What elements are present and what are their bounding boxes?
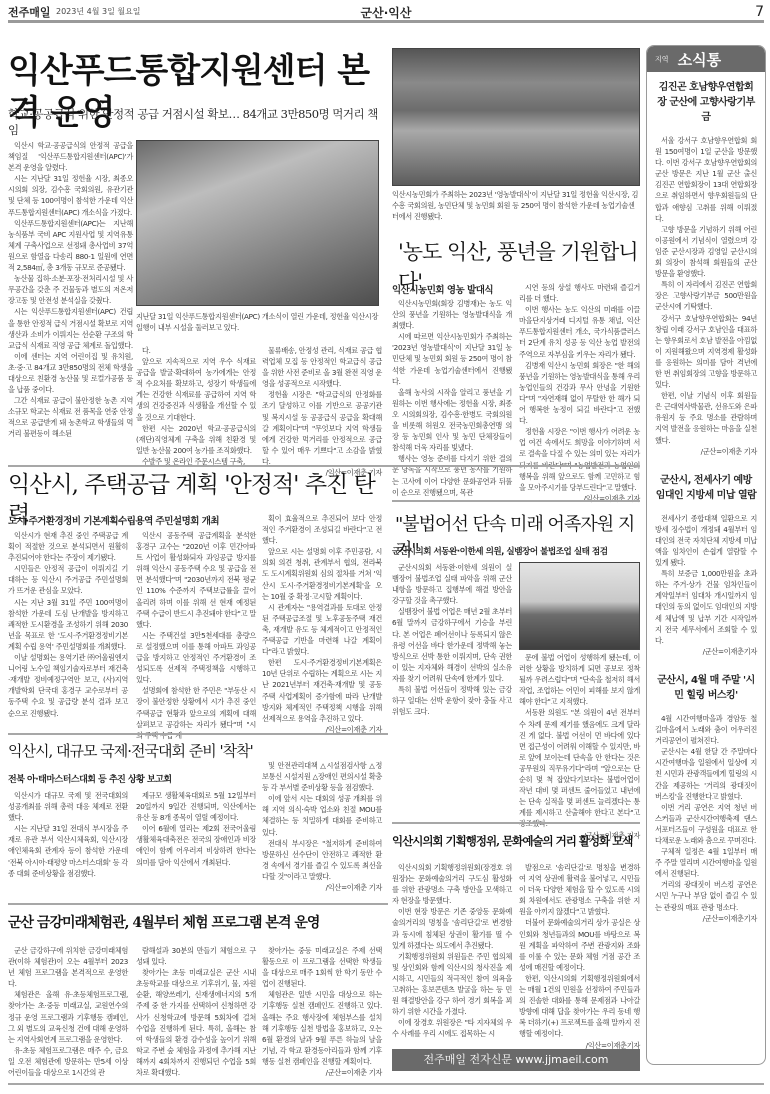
article2-col2: 시연 등의 상설 행사도 마련돼 즐길거리를 더 했다. 이번 행사는 농도 익…: [519, 282, 640, 504]
sidebar-item: 김진곤 호남향우연합회장 군산에 고향사랑기부금 서울 강서구 호남향우연합회 …: [647, 80, 765, 457]
sidebar-item: 군산시, 전세사기 예방 임대인 지방세 미납 열람 전세사기 종합대책 일환으…: [647, 473, 765, 657]
sidebar-tag: 지역: [655, 56, 669, 64]
article7-col3: 찾아가는 중등 미래교실은 주제 선택 활동으로 이 프로그램을 선택한 학생들…: [262, 945, 382, 1078]
article7-col2: 람해설과 30분의 만들기 체험으로 구성돼 있다. 찾아가는 초등 미래교실은…: [136, 945, 256, 1078]
article6-headline: 익산시의회 기획행정위, 문화예술의 거리 활성화 모색: [392, 833, 640, 849]
page-number: 7: [755, 4, 764, 20]
apc-opening-photo: [136, 140, 379, 306]
sidebar-item-headline: 군산시, 4월 매 주말 '시민 힐링 버스킹': [655, 673, 757, 703]
article5-subhead: 전북 아·태마스터스대회 등 추진 상황 보고회: [8, 772, 258, 785]
article5-headline: 익산시, 대규모 국제·전국대회 준비 '착착': [8, 740, 268, 761]
paper-name: 전주매일: [8, 4, 51, 20]
article2-subhead: 익산시농민회 영농 발대식: [392, 282, 512, 296]
issue-date: 2023년 4월 3일 월요일: [56, 6, 141, 17]
article6-col2: 발점으로 '솜리단길'로 명칭을 변경하여 지역 상권에 활력을 불어넣고, 시…: [519, 862, 640, 1051]
article7-top-rule: [8, 903, 388, 905]
article3-col3: 획이 효율적으로 추진되어 보다 안정적인 주거환경이 조성되길 바란다"고 전…: [262, 513, 382, 735]
article2-byline: /익산=이재춘 기자: [519, 493, 640, 504]
article7-col1: 군산 금강하구에 위치한 금강미래체험관(이하 체험관)이 오는 4월부터 20…: [8, 945, 128, 1078]
article5-col2: 제규모 생활체육대회로 5월 12일부터 20일까지 9일간 진행되며, 익산에…: [136, 790, 256, 900]
article3-subhead: 도시·주거환경정비 기본계획수립용역 주민설명회 개최: [8, 513, 258, 527]
sidebar-item: 군산시, 4월 매 주말 '시민 힐링 버스킹' 4월 시간여행마을과 경암동 …: [647, 673, 765, 924]
section-divider: [8, 465, 640, 467]
sidebar-item-headline: 김진곤 호남향우연합회장 군산에 고향사랑기부금: [655, 80, 757, 125]
sidebar-item-headline: 군산시, 전세사기 예방 임대인 지방세 미납 열람: [655, 473, 757, 503]
article3-col2: 익산시 공동주택 공급계획을 분석한 홍경구 교수는 "2020년 이후 민간아…: [136, 530, 256, 741]
masthead-rule: [8, 20, 764, 23]
article3-col1: 익산시가 현재 추진 중인 주택공급 계획이 적절한 것으로 분석되면서 원활히…: [8, 530, 128, 719]
article1-col3: 물류배송, 안정성 관리, 식재료 공급 협력업체 모집 등 안정적인 학교급식…: [262, 345, 382, 478]
article7-headline: 군산 금강미래체험관, 4월부터 체험 프로그램 본격 운영: [8, 912, 388, 932]
article6-col1: 익산시의회 기획행정위원회(장경호 위원장)는 문화예술의거리 구도심 활성화를…: [392, 862, 512, 1040]
article4-subhead: 군산시의회 서동완·이한세 의원, 실뱀장어 불법조업 실태 점검: [392, 545, 640, 557]
sidebar-item-byline: /군산=이재춘기자: [655, 913, 757, 924]
farmers-rally-photo: [392, 48, 640, 186]
sidebar-item-byline: /군산=이재춘 기자: [655, 446, 757, 457]
sidebar-item-byline: /군산=이재춘기자: [655, 646, 757, 657]
article4-top-rule: [392, 500, 640, 502]
article4-col1: 군산시의회 서동완·이한세 의원이 실뱀장어 불법조업 실태 파악을 위해 군산…: [392, 562, 512, 817]
article7-byline: /군산=이재춘 기자: [262, 1067, 382, 1078]
article1-col2: 다. 앞으로 지속적으로 지역 우수 식재료 공급을 발굴·확대하여 농가에게는…: [136, 345, 256, 467]
page-bottom-rule: [8, 1083, 764, 1085]
article2-col1: 익산시농민회(회장 김병재)는 농도 익산의 풍년을 기원하는 영농발대식을 개…: [392, 298, 512, 498]
sidebar-header: 지역 소식통: [647, 46, 765, 72]
article4-col2: 문에 불법 어업이 성행하게 됐는데, 이러한 상황을 방치하게 되면 공보로 …: [519, 652, 640, 841]
article1-col1: 익산시 학교·공공급식의 안정적 공급을 책임질 '익산푸드통합지원센터(APC…: [8, 140, 133, 440]
article5-col3: 및 안전관리대책 △시설점검사항 △정보통신 시설지원 △장애인 편의시설 확충…: [262, 760, 382, 893]
article2-photo-caption: 익산시농민회가 주최하는 2023년 '영농발대식'이 지난달 31일 정헌율 …: [392, 189, 640, 222]
e-newspaper-banner[interactable]: 전주매일 전자신문 www.jjmaeil.com: [392, 1049, 640, 1071]
article5-top-rule: [8, 733, 388, 735]
article6-top-rule: [392, 822, 640, 824]
article1-photo-caption: 지난달 31일 익산푸드통합지원센터(APC) 개소식이 열린 가운데, 정헌율…: [136, 311, 381, 333]
article1-subhead: 학교·공공급식 위한 안정적 공급 거점시설 확보… 84개교 3만850명 먹…: [8, 106, 388, 138]
article5-col1: 익산시가 대규모 국제 및 전국대회의 성공개최를 위해 총력 대응 체제로 전…: [8, 790, 128, 900]
sidebar-title: 소식통: [678, 51, 721, 69]
article5-byline: /익산=이재춘 기자: [262, 882, 382, 893]
local-news-sidebar: 지역 소식통 김진곤 호남향우연합회장 군산에 고향사랑기부금 서울 강서구 호…: [646, 45, 766, 1065]
port-inspection-photo: [519, 562, 640, 650]
